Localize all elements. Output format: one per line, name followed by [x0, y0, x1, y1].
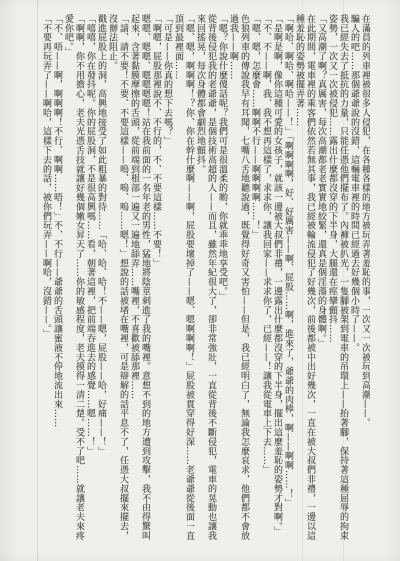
paragraph: 「啊啊，你不用擔心，老夫光憑舌技就讓好幾個嫩女昇天了……你的敏感程度，老夫摸得一…: [62, 14, 84, 548]
paragraph: 色狼列車的傳說我早有耳聞，七嘴八舌地聽說過，既覺得好奇又害怕——但是，我已經明白…: [227, 14, 249, 548]
paragraph: 「不要再玩弄了——啊哈，這樣下去的話，被你們玩弄——啊哈，沒錯——。」: [40, 14, 51, 548]
paragraph: 「請、請不要！不要、不要這樣——嗚、嗚、嗚……嗯！」想說的話被堵在嘴裡，可是辯解…: [106, 14, 128, 548]
paragraph: 「是啊是啊，像你這種可愛的女孩子，就該一邊被大叔們非禮，一邊露出什麼都沒穿的下半…: [271, 14, 282, 548]
paragraph: 「啊嗯，屁股那裡說不、不行的，不、不要這樣……不要！」: [150, 14, 161, 548]
paragraph: 在滿員的列車裡被很多人侵犯，在各種各樣的地方被玩弄著羞恥的事，一次又一次被玩到高…: [359, 14, 370, 548]
paragraph: 「嗯？你說什麼傻話呢？我們可是很溫柔的喲，你就乖乖地享受吧。」: [216, 14, 227, 548]
paragraph: 「嘻嘻，你在發抖呢。你的屁股洞，不是很高興嗎……看，朝著這裡，把前端吞進去的感覺…: [84, 14, 95, 548]
paragraph: 從背後侵犯我的老爺爺，是個技術高超的人——而且，雖然年紀很大了，卻非常強壯，一直…: [194, 14, 216, 548]
paragraph: 「嗯、嗯，啊啊啊！？你、你在幹什麼啊——啊，屁股要壞掉了——嗯、嗯啊啊啊！」屁股…: [172, 14, 194, 548]
paragraph: 「可是——你真的想下去嗎？」: [161, 14, 172, 548]
paragraph: 「嗯、嗯，怎麼會……啊啊不行——啊啊啊啊……！」: [249, 14, 260, 548]
scanned-page: 在滿員的列車裡被很多人侵犯，在各種各樣的地方被玩弄著羞恥的事，一次又一次被玩到高…: [0, 0, 400, 561]
paragraph: 「又高潮了啊？真厲害，每次高潮都老老實實地絞緊，還真是個淫蕩的身體啊。」: [315, 14, 326, 548]
paragraph: 在此期間，電車裡的乘客們依然若無其事，我已經被輪流侵犯了好幾次，前後都被中出好幾…: [293, 14, 315, 548]
paragraph: 「不、唔——啊，啊啊啊！不行、啊啊……唔！」不、不行——爺爺的舌頭讓蜜液不停地流…: [51, 14, 62, 548]
paragraph: 嗯嗯、嗯嗯、嗯嗯嗯嗯！站在我前面的一名年老的男性，猛地將陰莖刺進了我的嘴裡。意想…: [128, 14, 150, 548]
novel-text-block: 在滿員的列車裡被很多人侵犯，在各種各樣的地方被玩弄著羞恥的事，一次又一次被玩到高…: [34, 14, 370, 548]
paragraph: 我已經失去了抵抗的力量，只能任憑他們擺布了。內褲被扒光，一隻腳被架到電車的吊環上…: [326, 14, 348, 548]
paragraph: 「不、不——啊，我、我不想再這樣了，求求你，讓我回家——求求你了，已經——！讓我…: [260, 14, 271, 548]
paragraph: 「啊哈、啊哈、啊哈——！」「啊啊啊啊，好、好厲害——啊、屁股……啊，進來了，爺爺…: [282, 14, 293, 548]
paragraph: 騙人的吧……那個爺爺說的沒錯，這輛電車裡的時間已經過去好幾個小時了——。: [348, 14, 359, 548]
paragraph: 戳進屁股上的洞，高興地接受了如此粗暴的對待……「哈、哈、哈！不——嗯，屁股——哈…: [95, 14, 106, 548]
